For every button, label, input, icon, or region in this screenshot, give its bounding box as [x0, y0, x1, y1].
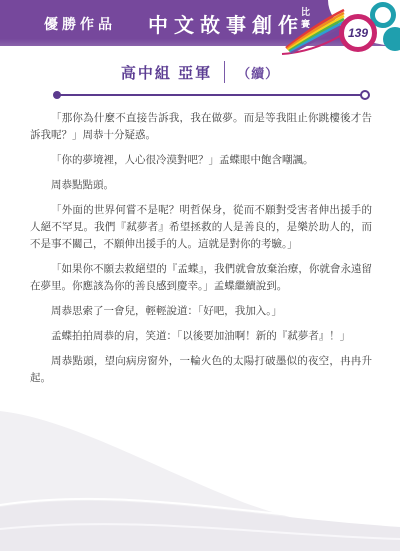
book-page: 優勝作品 中文故事創作 比賽 139 高中組 亞軍 （續） 「那你為什麼不直接告: [0, 0, 400, 551]
story-paragraph: 「你的夢境裡，人心很冷漠對吧？」孟蝶眼中飽含嘲諷。: [30, 152, 372, 169]
page-number-badge: 139: [339, 14, 377, 52]
page-number: 139: [348, 26, 368, 40]
group-title: 高中組 亞軍: [121, 62, 212, 83]
vertical-divider: [224, 61, 225, 83]
story-paragraph: 孟蝶拍拍周恭的肩，笑道：「以後要加油啊！新的『弒夢者』！」: [30, 328, 372, 345]
continued-label: （續）: [237, 63, 279, 82]
story-paragraph: 周恭思索了一會兒，輕輕說道：「好吧，我加入。」: [30, 303, 372, 320]
story-paragraph: 「外面的世界何嘗不是呢？明哲保身，從而不願對受害者伸出援手的人絕不罕見。我們『弒…: [30, 202, 372, 253]
story-body: 「那你為什麼不直接告訴我，我在做夢。而是等我阻止你跳樓後才告訴我呢？」周恭十分疑…: [0, 102, 400, 395]
rule-right-ring-icon: [360, 90, 370, 100]
header-banner: 優勝作品 中文故事創作 比賽 139: [0, 0, 400, 46]
teal-circle-icon: [383, 27, 400, 51]
story-paragraph: 「那你為什麼不直接告訴我，我在做夢。而是等我阻止你跳樓後才告訴我呢？」周恭十分疑…: [30, 110, 372, 144]
footer-waves-icon: [0, 411, 400, 551]
rule-left-dot-icon: [53, 91, 61, 99]
story-paragraph: 周恭點頭，望向病房窗外，一輪火色的太陽打破墨似的夜空，冉冉升起。: [30, 353, 372, 387]
award-label: 優勝作品: [44, 14, 116, 34]
story-paragraph: 「如果你不願去救絕望的『孟蝶』，我們就會放棄治療，你就會永遠留在夢里。你應該為你…: [30, 261, 372, 295]
section-header: 高中組 亞軍 （續）: [0, 58, 400, 86]
title-rule: [57, 94, 365, 96]
story-paragraph: 周恭點點頭。: [30, 177, 372, 194]
